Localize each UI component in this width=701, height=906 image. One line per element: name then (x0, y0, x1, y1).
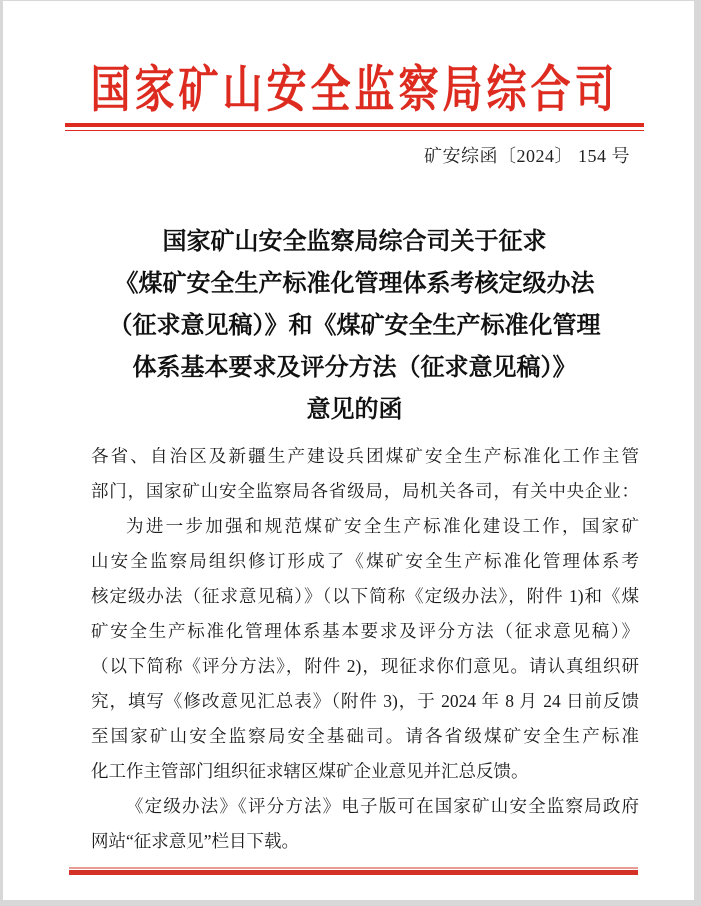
body-line: 核定级办法（征求意见稿）》（以下简称《定级办法》，附件 1)和《煤 (91, 579, 639, 614)
document-number: 矿安综函〔2024〕 154 号 (424, 143, 630, 169)
body-line: 各省、自治区及新疆生产建设兵团煤矿安全生产标准化工作主管 (91, 439, 639, 474)
body-line: 《定级办法》《评分方法》电子版可在国家矿山安全监察局政府 (91, 789, 639, 824)
title-line: 意见的函 (65, 389, 644, 431)
footer-double-rule (69, 867, 638, 875)
title-line: 《煤矿安全生产标准化管理体系考核定级办法 (65, 263, 644, 305)
letterhead-agency-name: 国家矿山安全监察局综合司 (65, 54, 644, 127)
body-line: 至国家矿山安全监察局安全基础司。请各省级煤矿安全生产标准 (91, 719, 639, 754)
rule-thin-line (65, 130, 644, 132)
body-line: 矿安全生产标准化管理体系基本要求及评分方法（征求意见稿）》 (91, 614, 639, 649)
title-line: 体系基本要求及评分方法（征求意见稿）》 (65, 347, 644, 389)
body-line: 为进一步加强和规范煤矿安全生产标准化建设工作，国家矿 (91, 509, 639, 544)
document-content: 国家矿山安全监察局综合司 矿安综函〔2024〕 154 号 国家矿山安全监察局综… (65, 1, 644, 900)
body-line: 山安全监察局组织修订形成了《煤矿安全生产标准化管理体系考 (91, 544, 639, 579)
title-line: （征求意见稿）》和《煤矿安全生产标准化管理 (65, 305, 644, 347)
body-line: 化工作主管部门组织征求辖区煤矿企业意见并汇总反馈。 (91, 754, 639, 789)
title-line: 国家矿山安全监察局综合司关于征求 (65, 221, 644, 263)
document-page: 国家矿山安全监察局综合司 矿安综函〔2024〕 154 号 国家矿山安全监察局综… (3, 1, 694, 900)
body-line: 究，填写《修改意见汇总表》（附件 3)，于 2024 年 8 月 24 日前反馈 (91, 684, 639, 719)
letterhead-double-rule (65, 123, 644, 131)
scanned-document-background: { "document": { "colors": { "accent_red"… (0, 0, 701, 906)
letter-body: 各省、自治区及新疆生产建设兵团煤矿安全生产标准化工作主管 部门，国家矿山安全监察… (91, 439, 639, 859)
document-title: 国家矿山安全监察局综合司关于征求 《煤矿安全生产标准化管理体系考核定级办法 （征… (65, 221, 644, 431)
body-line: 部门，国家矿山安全监察局各省级局，局机关各司，有关中央企业： (91, 474, 639, 509)
body-line: （以下简称《评分方法》，附件 2)，现征求你们意见。请认真组织研 (91, 649, 639, 684)
body-line: 网站“征求意见”栏目下载。 (91, 824, 639, 859)
rule-thick-line (69, 870, 638, 875)
